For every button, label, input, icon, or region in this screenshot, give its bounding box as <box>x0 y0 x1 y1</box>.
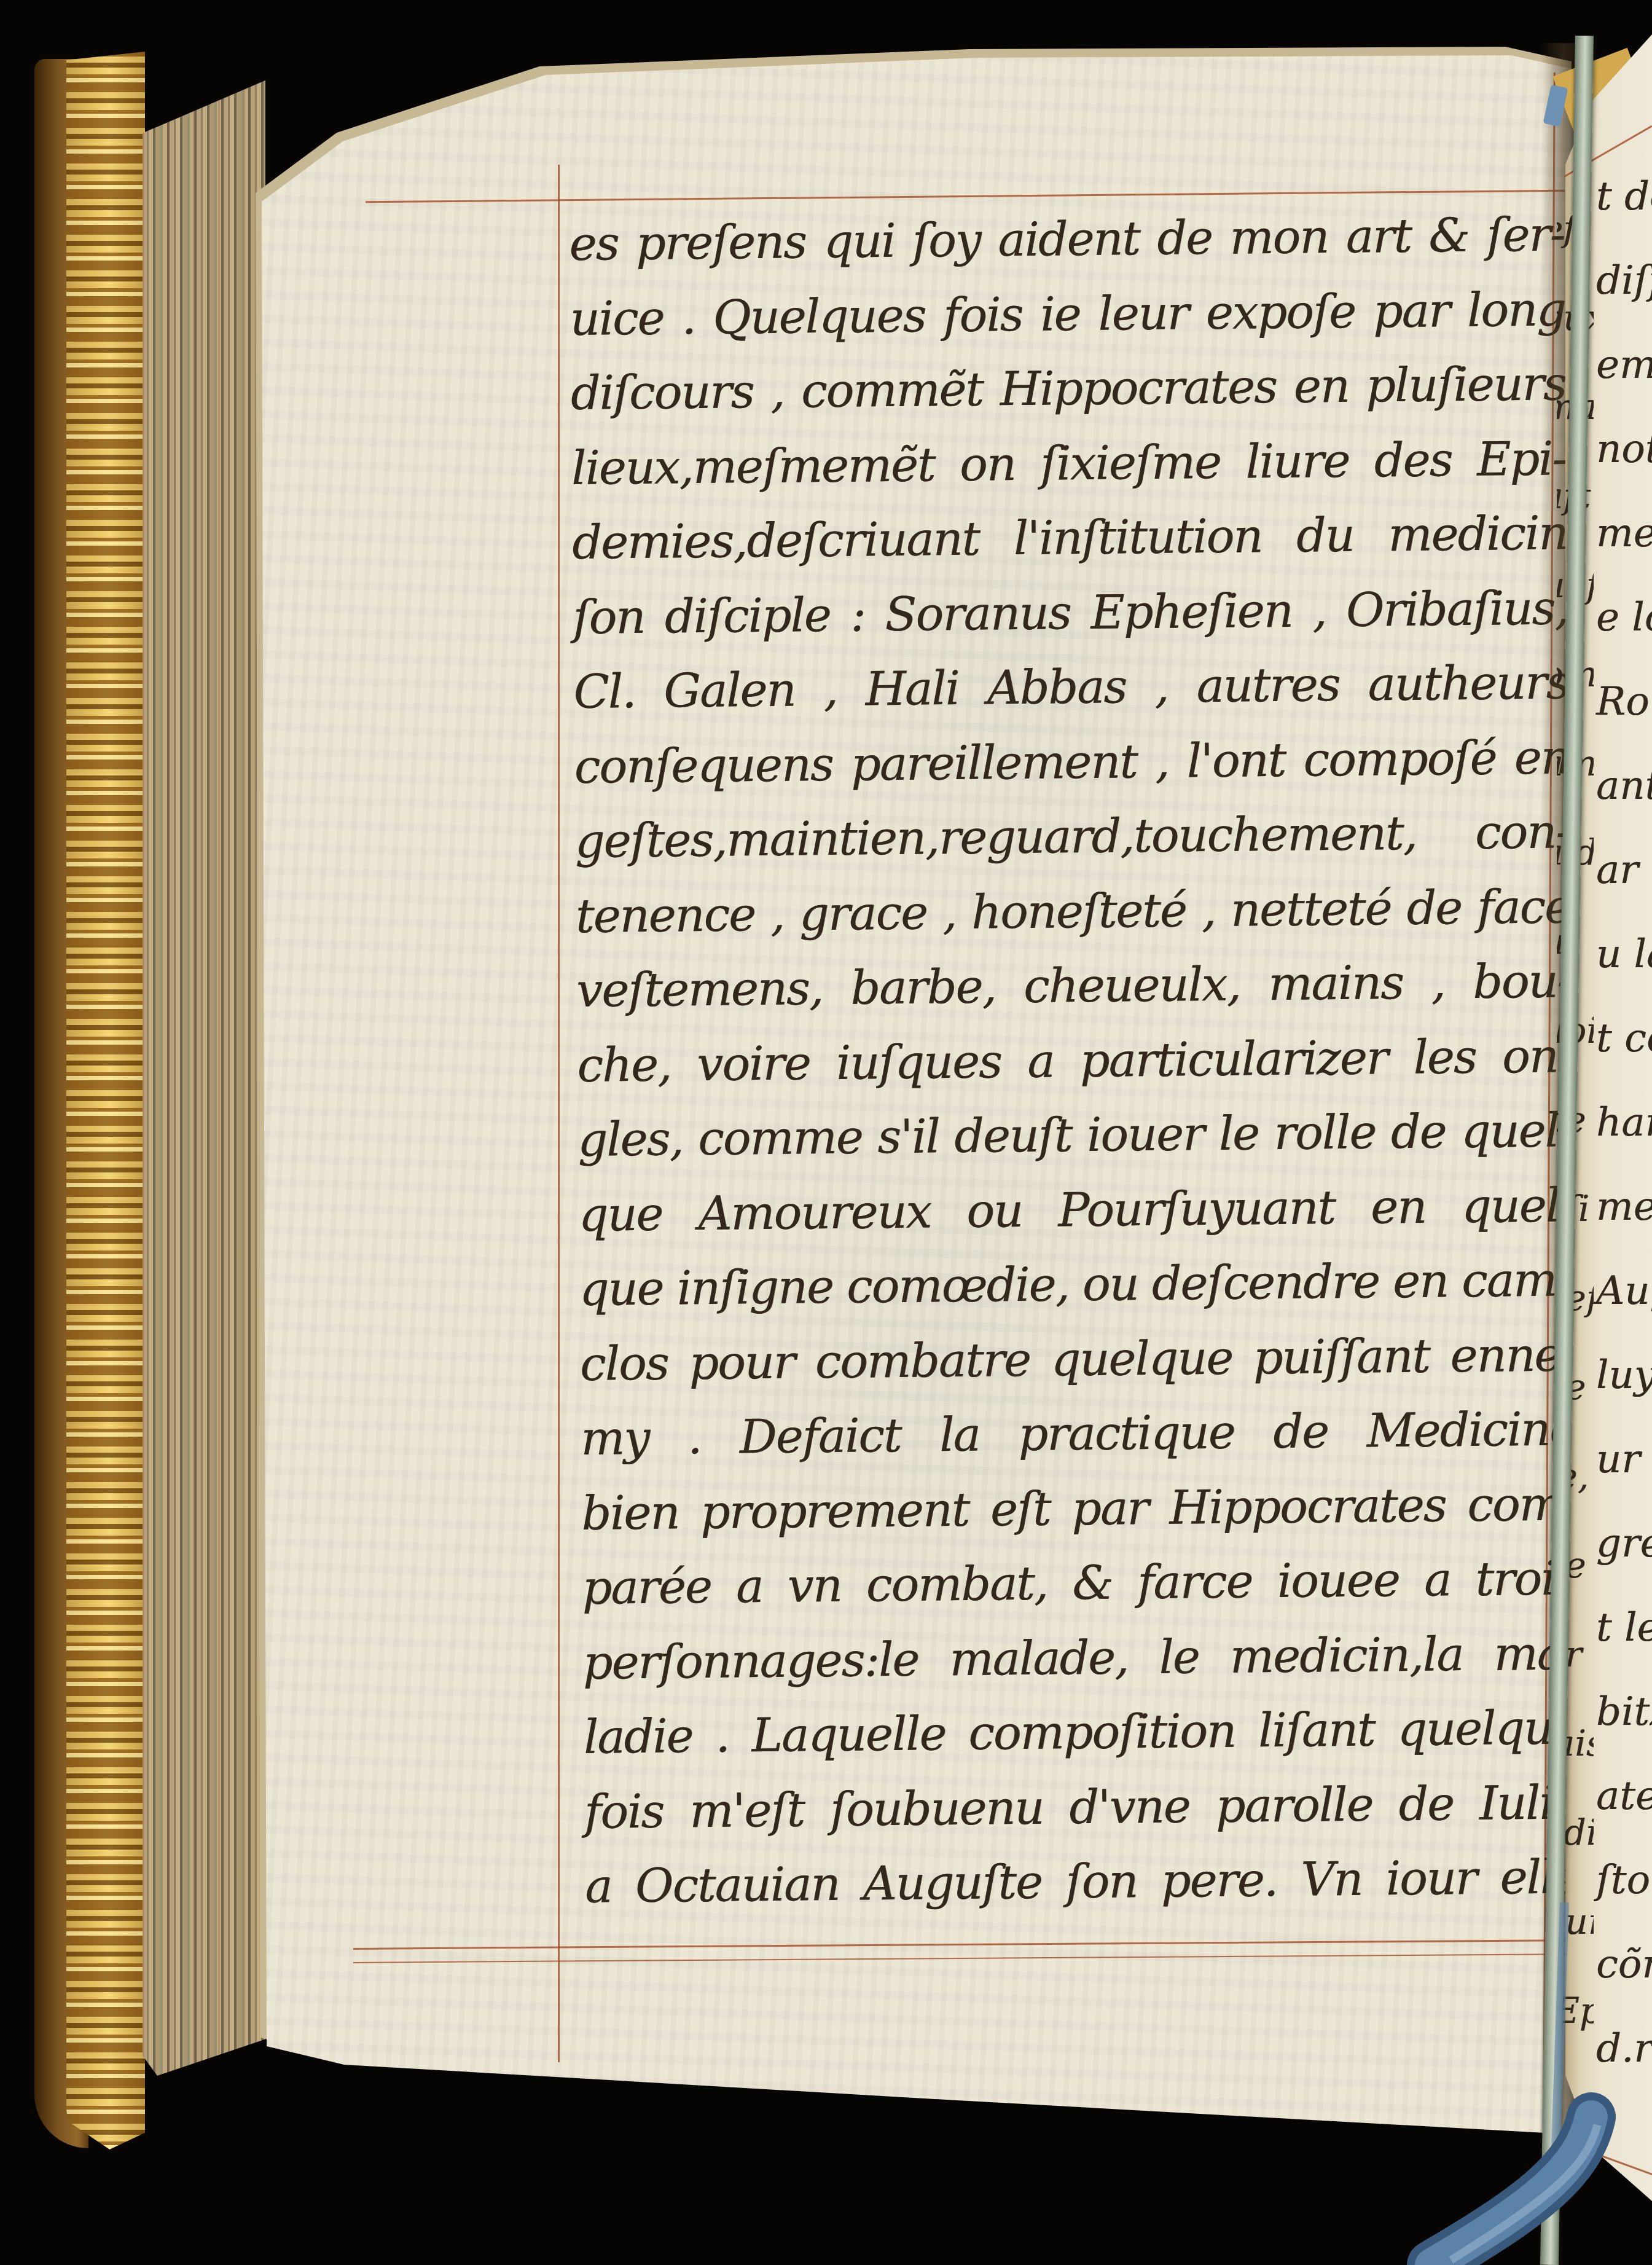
text-line: diſcours , commẽt Hippocrates en pluſieu… <box>570 346 1566 430</box>
text-block: es preſens qui ſoy aident de mon art & ſ… <box>569 197 1581 1923</box>
ruled-frame-left <box>558 165 560 2062</box>
text-line: ladie . Laquelle compoſition liſant quel… <box>583 1690 1579 1774</box>
text-line: es preſens qui ſoy aident de mon art & ſ… <box>569 197 1565 281</box>
text-line: uice . Quelques fois ie leur expoſe par … <box>570 272 1565 356</box>
text-line: perſonnages:le malade, le medicin,la ma- <box>582 1615 1578 1700</box>
text-line: lieux,meſmemẽt on ſixieſme liure des Epi… <box>571 421 1567 505</box>
text-line: bien proprement eſt par Hippocrates com- <box>581 1466 1577 1550</box>
text-line: que Amoureux ou Pourſuyuant en quel- <box>578 1168 1574 1252</box>
text-line: clos pour combatre quelque puiſſant enne… <box>579 1317 1575 1401</box>
text-line: gles, comme s'il deuſt iouer le rolle de… <box>577 1093 1573 1177</box>
text-line: che, voire iuſques a particularizer les … <box>577 1018 1573 1102</box>
text-line: my . Defaict la practique de Medicine <box>581 1391 1576 1475</box>
bookmark-ribbon-blue <box>1407 2083 1652 2265</box>
text-line: fois m'eſt ſoubuenu d'vne parolle de Iul… <box>584 1765 1580 1849</box>
gilt-gauffered-fore-edge <box>66 52 145 2149</box>
text-line: tenence , grace , honeſteté , netteté de… <box>575 869 1571 953</box>
text-line: conſequens pareillement , l'ont compoſé … <box>574 720 1570 804</box>
page-edges-stack <box>143 48 265 2076</box>
text-line: que inſigne comœdie, ou deſcendre en cam… <box>579 1242 1575 1326</box>
text-line: parée a vn combat, & farce iouee a trois <box>582 1541 1578 1625</box>
text-line: demies,deſcriuant l'inſtitution du medic… <box>572 495 1568 579</box>
text-line: veſtemens, barbe, cheueulx, mains , bou- <box>576 943 1572 1027</box>
text-line: Cl. Galen , Hali Abbas , autres autheurs <box>573 645 1569 729</box>
text-line: a Octauian Auguſte ſon pere. Vn iour ell… <box>585 1839 1581 1923</box>
text-line: ſon diſciple : Soranus Epheſien , Oribaſ… <box>573 570 1568 654</box>
text-line: geſtes,maintien,reguard,touchement, con- <box>574 794 1570 878</box>
right-page-fragments-outer: t deuan diſſolu ement c not . A mens , e… <box>1596 155 1652 2091</box>
book-photograph: es preſens qui ſoy aident de mon art & ſ… <box>0 0 1652 2265</box>
